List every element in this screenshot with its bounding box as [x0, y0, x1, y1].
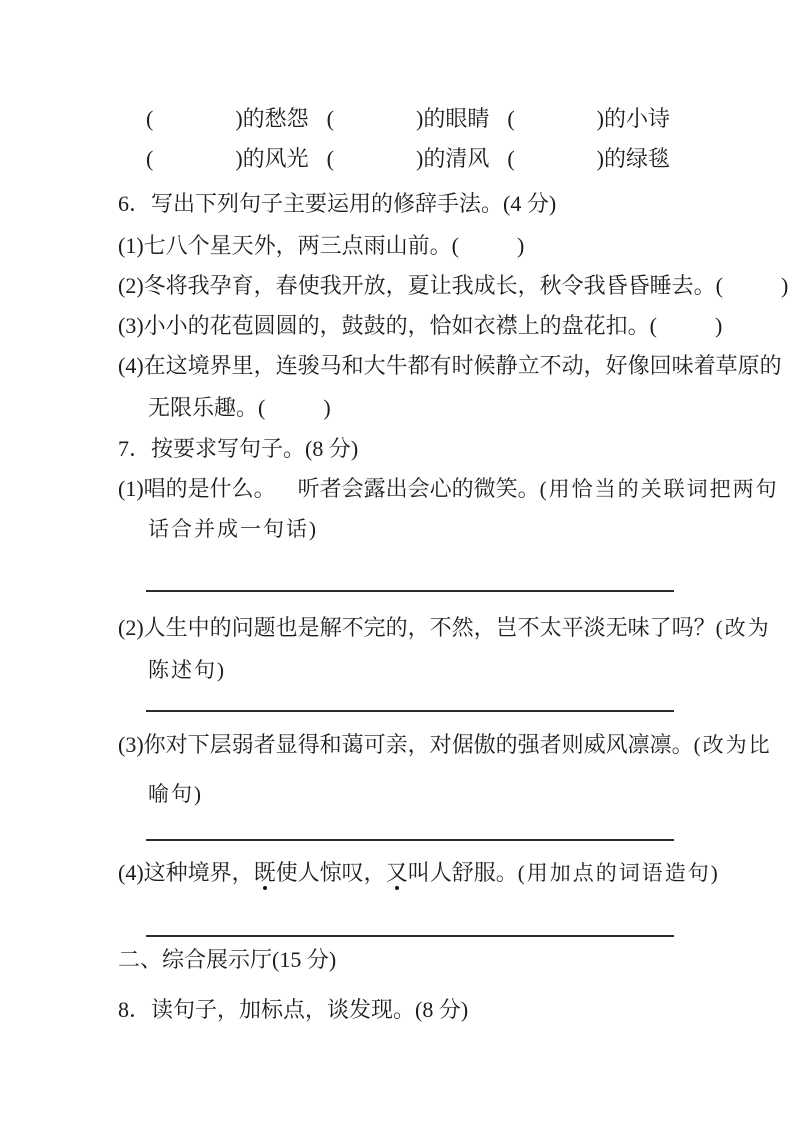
q6-item-1: (1)七八个星天外，两三点雨山前。()	[118, 226, 723, 266]
fill-blank-group: ()的愁怨	[146, 99, 309, 139]
blank-label: 的愁怨	[243, 106, 309, 131]
q6-item-4-line2: 无限乐趣。()	[118, 388, 723, 428]
q7-item-2-main: (2)人生中的问题也是解不完的，不然，岂不太平淡无味了吗？	[118, 615, 716, 640]
paren-open: (	[452, 233, 459, 258]
q7-item-1-main-b: 听者会露出会心的微笑。	[298, 476, 540, 501]
paren-close: )	[781, 273, 788, 298]
fill-blank-group: ()的小诗	[507, 99, 670, 139]
paren-open: (	[650, 313, 657, 338]
blank-word-row-1: ()的愁怨 ()的眼睛 ()的小诗	[146, 99, 723, 139]
emphasized-word-ji: 既	[254, 860, 276, 885]
q7-item-2-hint: (改为	[716, 616, 771, 640]
q6-item-4-text1: (4)在这境界里，连骏马和大牛都有时候静立不动，好像回味着草原的	[118, 353, 782, 378]
q6-item-1-text: (1)七八个星天外，两三点雨山前。	[118, 233, 452, 258]
q8-title: 8．读句子，加标点，谈发现。(8 分)	[118, 990, 723, 1030]
q6-item-2-text: (2)冬将我孕育，春使我开放，夏让我成长，秋令我昏昏睡去。	[118, 273, 716, 298]
blank-label: 的眼睛	[423, 106, 489, 131]
paren-open: (	[146, 146, 153, 171]
answer-blank: ()	[716, 266, 789, 306]
blank-label: 的清风	[423, 146, 489, 171]
answer-underline-1	[146, 570, 674, 592]
q7-item-1-line1: (1)唱的是什么。听者会露出会心的微笑。(用恰当的关联词把两句	[118, 469, 723, 509]
q7-item-3-hint: (改为比	[694, 733, 772, 757]
paren-close: )	[235, 106, 242, 131]
q7-item-4-post: 叫人舒服。	[408, 860, 518, 885]
answer-underline-4	[146, 915, 674, 937]
section2-title-text: 二、综合展示厅(15 分)	[118, 947, 336, 972]
q7-item-4: (4)这种境界，既使人惊叹，又叫人舒服。(用加点的词语造句)	[118, 853, 723, 893]
q6-item-4-text2: 无限乐趣。	[148, 395, 258, 420]
paren-open: (	[327, 146, 334, 171]
section2-title: 二、综合展示厅(15 分)	[118, 940, 723, 980]
paren-close: )	[715, 313, 722, 338]
paren-open: (	[507, 106, 514, 131]
paren-open: (	[258, 395, 265, 420]
q7-item-4-hint: (用加点的词语造句)	[518, 861, 720, 885]
q6-item-4-line1: (4)在这境界里，连骏马和大牛都有时候静立不动，好像回味着草原的	[118, 346, 723, 386]
q7-item-2-hint-cont: 陈述句)	[148, 658, 226, 682]
q7-item-2-line2: 陈述句)	[118, 650, 723, 690]
paren-open: (	[507, 146, 514, 171]
q7-item-1-hint-cont: 话合并成一句话)	[148, 517, 318, 541]
answer-blank: ()	[650, 306, 723, 346]
blank-label: 的绿毯	[604, 146, 670, 171]
paren-close: )	[323, 395, 330, 420]
paren-open: (	[716, 273, 723, 298]
blank-label: 的小诗	[604, 106, 670, 131]
worksheet-page: ()的愁怨 ()的眼睛 ()的小诗 ()的风光 ()的清风 ()的绿毯 6．写出…	[0, 0, 793, 1122]
fill-blank-group: ()的绿毯	[507, 139, 670, 179]
q7-title: 7．按要求写句子。(8 分)	[118, 429, 723, 469]
q7-item-4-mid: 使人惊叹，	[276, 860, 386, 885]
emphasized-word-you: 又	[386, 860, 408, 885]
q6-title: 6．写出下列句子主要运用的修辞手法。(4 分)	[118, 184, 723, 224]
q7-item-1-main-a: (1)唱的是什么。	[118, 476, 276, 501]
answer-blank: ()	[258, 388, 331, 428]
answer-blank: ()	[452, 226, 525, 266]
paren-close: )	[597, 106, 604, 131]
paren-close: )	[597, 146, 604, 171]
q6-item-2: (2)冬将我孕育，春使我开放，夏让我成长，秋令我昏昏睡去。()	[118, 266, 723, 306]
q7-item-3-line1: (3)你对下层弱者显得和蔼可亲，对倨傲的强者则威风凛凛。(改为比	[118, 725, 723, 765]
q7-item-4-pre: (4)这种境界，	[118, 860, 254, 885]
fill-blank-group: ()的眼睛	[327, 99, 490, 139]
fill-blank-group: ()的清风	[327, 139, 490, 179]
fill-blank-group: ()的风光	[146, 139, 309, 179]
paren-close: )	[517, 233, 524, 258]
answer-underline-3	[146, 819, 674, 841]
paren-close: )	[235, 146, 242, 171]
q7-item-2-line1: (2)人生中的问题也是解不完的，不然，岂不太平淡无味了吗？(改为	[118, 608, 723, 648]
q8-title-text: 8．读句子，加标点，谈发现。(8 分)	[118, 997, 468, 1022]
blank-label: 的风光	[243, 146, 309, 171]
q7-item-1-hint: (用恰当的关联词把两句	[540, 477, 779, 501]
q7-item-3-hint-cont: 喻句)	[148, 782, 203, 806]
q7-item-1-line2: 话合并成一句话)	[118, 509, 723, 549]
q6-item-3-text: (3)小小的花苞圆圆的，鼓鼓的，恰如衣襟上的盘花扣。	[118, 313, 650, 338]
paren-open: (	[327, 106, 334, 131]
q6-item-3: (3)小小的花苞圆圆的，鼓鼓的，恰如衣襟上的盘花扣。()	[118, 306, 723, 346]
blank-word-row-2: ()的风光 ()的清风 ()的绿毯	[146, 139, 723, 179]
answer-underline-2	[146, 690, 674, 712]
q7-item-3-main: (3)你对下层弱者显得和蔼可亲，对倨傲的强者则威风凛凛。	[118, 732, 694, 757]
paren-open: (	[146, 106, 153, 131]
q7-item-3-line2: 喻句)	[118, 774, 723, 814]
q6-title-text: 6．写出下列句子主要运用的修辞手法。(4 分)	[118, 191, 556, 216]
q7-title-text: 7．按要求写句子。(8 分)	[118, 436, 358, 461]
